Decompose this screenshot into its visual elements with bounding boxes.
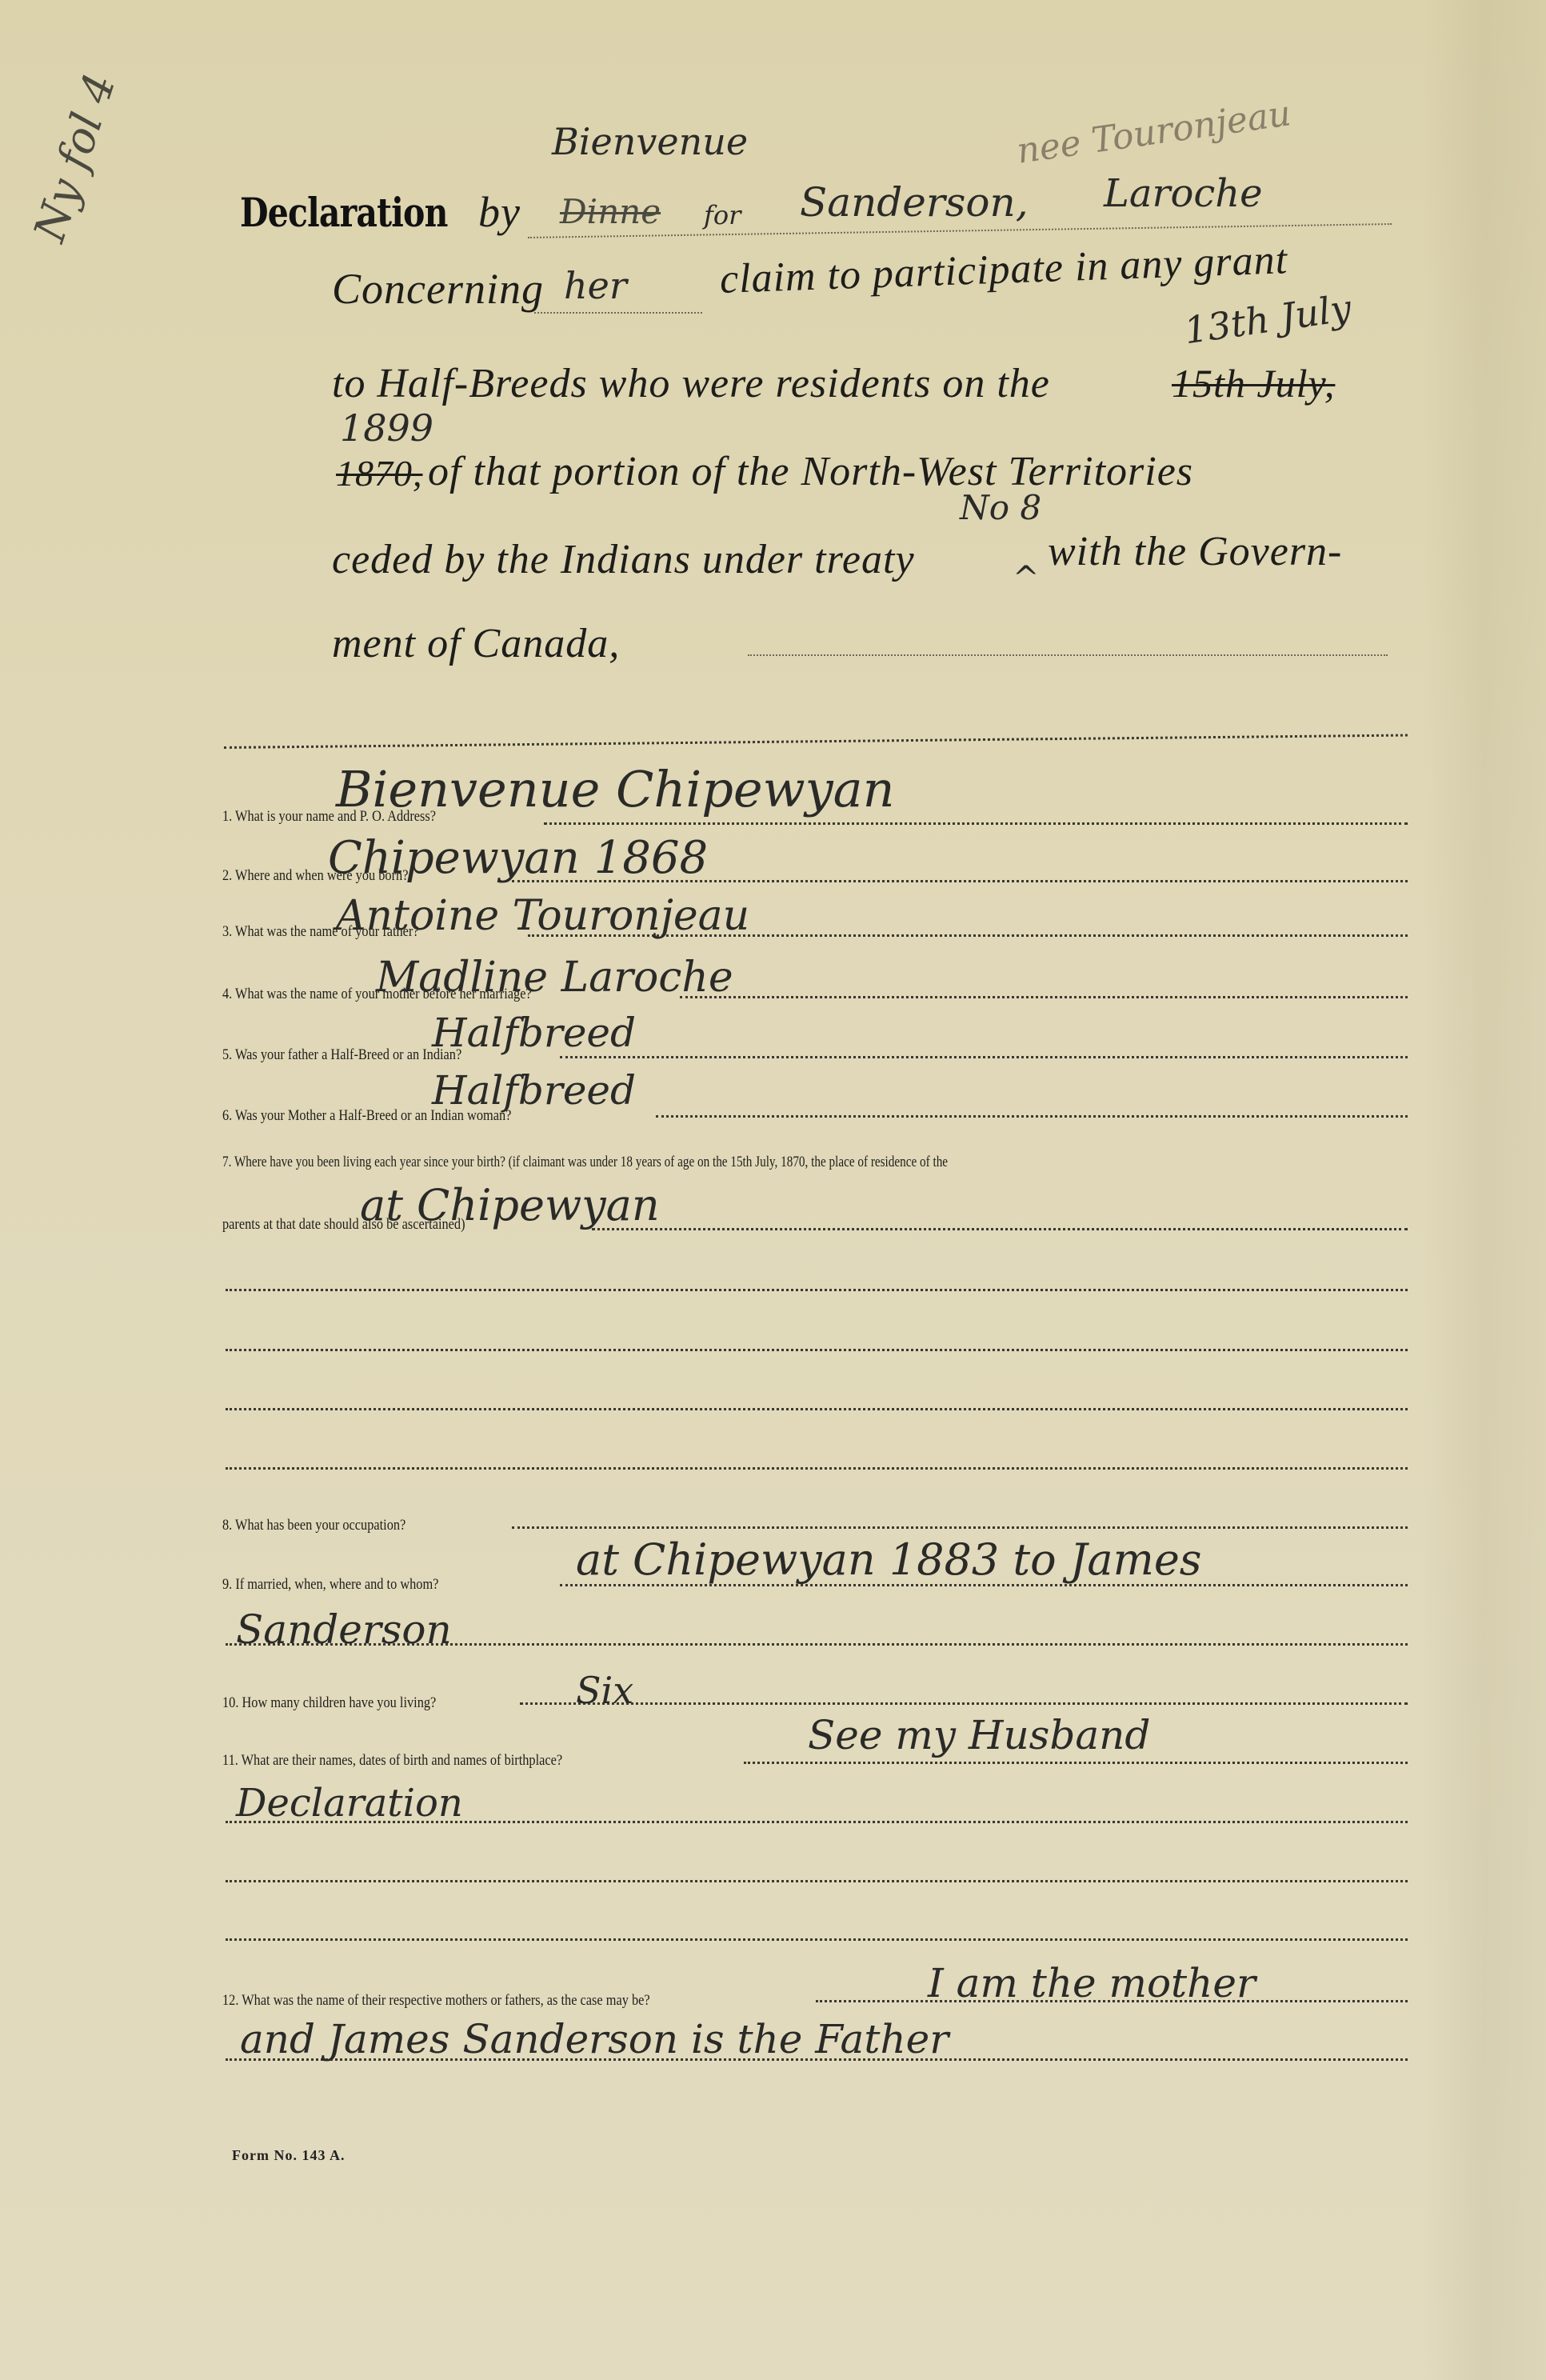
blank-line-7c: [226, 1408, 1408, 1410]
q-number: 2.: [222, 867, 232, 884]
q-label: What are their names, dates of birth and…: [242, 1752, 563, 1769]
margin-note: Ny fol 4: [24, 67, 126, 247]
question-9: 9. If married, when, where and to whom?: [222, 1576, 438, 1594]
preamble-line5: ment of Canada,: [332, 620, 620, 667]
preamble-end-line: [748, 654, 1388, 656]
q-number: 8.: [222, 1517, 232, 1534]
q-number: 3.: [222, 923, 232, 940]
pronoun-blank-line: [534, 312, 702, 314]
answer-7[interactable]: at Chipewyan: [360, 1180, 660, 1230]
blank-line-11d: [226, 1938, 1408, 1941]
answer-11[interactable]: See my Husband: [808, 1712, 1150, 1758]
pronoun-her: her: [564, 264, 627, 307]
name-fragment: for: [704, 200, 741, 230]
answer-12-continuation[interactable]: and James Sanderson is the Father: [240, 2016, 949, 2062]
answer-6[interactable]: Halfbreed: [432, 1067, 636, 1114]
answer-10[interactable]: Six: [576, 1669, 633, 1712]
q-number: 9.: [222, 1576, 232, 1593]
struck-year: 1870,: [336, 452, 423, 494]
inserted-first-name: Bienvenue: [552, 120, 748, 163]
form-number: Form No. 143 A.: [232, 2147, 345, 2164]
answer-12[interactable]: I am the mother: [928, 1960, 1256, 2006]
q-number: 1.: [222, 808, 232, 825]
preamble-line1: claim to participate in any grant: [719, 236, 1288, 303]
q-number: 11.: [222, 1752, 238, 1769]
q-label: What has been your occupation?: [235, 1517, 405, 1534]
maiden-name-written: Laroche: [1104, 171, 1263, 216]
inserted-date: 13th July: [1181, 286, 1354, 353]
answer-5[interactable]: Halfbreed: [432, 1010, 636, 1056]
answer-9-continuation[interactable]: Sanderson: [236, 1606, 452, 1653]
question-11: 11. What are their names, dates of birth…: [222, 1752, 562, 1770]
q-label: What was the name of their respective mo…: [242, 1992, 649, 2009]
struck-date: 15th July,: [1172, 360, 1335, 406]
q-label: If married, when, where and to whom?: [235, 1576, 438, 1593]
question-8: 8. What has been your occupation?: [222, 1517, 405, 1534]
question-7: 7. Where have you been living each year …: [222, 1154, 948, 1171]
q-number: 7.: [222, 1154, 231, 1170]
q-label: Where have you been living each year sin…: [234, 1154, 948, 1170]
preamble-line3: of that portion of the North-West Territ…: [428, 448, 1193, 495]
blank-line-11c: [226, 1880, 1408, 1882]
answer-2[interactable]: Chipewyan 1868: [328, 832, 708, 884]
question-12: 12. What was the name of their respectiv…: [222, 1992, 650, 2010]
insertion-caret: ^: [1013, 560, 1040, 597]
answer-line-10: [520, 1702, 1408, 1705]
blank-line-7b: [226, 1349, 1408, 1351]
q-label: Was your father a Half-Breed or an India…: [235, 1046, 461, 1063]
answer-line-8[interactable]: [512, 1526, 1408, 1529]
preamble-line2: to Half-Breeds who were residents on the: [332, 360, 1050, 407]
preamble-concerning: Concerning: [332, 264, 544, 314]
answer-line-6: [656, 1115, 1408, 1118]
inserted-year: 1899: [340, 406, 433, 450]
answer-11-continuation[interactable]: Declaration: [236, 1781, 463, 1826]
title-by: by: [478, 187, 521, 237]
pencil-note-nee: nee Touronjeau: [1014, 93, 1293, 172]
question-5: 5. Was your father a Half-Breed or an In…: [222, 1046, 461, 1064]
answer-line-7: [592, 1228, 1408, 1230]
answer-9[interactable]: at Chipewyan 1883 to James: [576, 1534, 1202, 1585]
q-number: 4.: [222, 986, 232, 1002]
preamble-line4: ceded by the Indians under treaty: [332, 536, 915, 583]
q-number: 6.: [222, 1107, 232, 1124]
question-10: 10. How many children have you living?: [222, 1694, 436, 1712]
surname-written: Sanderson,: [800, 179, 1029, 226]
preamble-line4b: with the Govern-: [1048, 528, 1342, 575]
answer-4[interactable]: Madline Laroche: [376, 954, 733, 1002]
answer-line-11: [744, 1762, 1408, 1764]
blank-line-7a: [226, 1289, 1408, 1291]
blank-line-7d: [226, 1467, 1408, 1470]
answer-3[interactable]: Antoine Touronjeau: [336, 892, 749, 940]
answer-1[interactable]: Bienvenue Chipewyan: [336, 760, 895, 818]
answer-line-1: [544, 822, 1408, 825]
q-label: How many children have you living?: [242, 1694, 437, 1711]
struck-first-name: Dinne: [560, 192, 661, 231]
q-number: 12.: [222, 1992, 238, 2009]
answer-line-5: [560, 1056, 1408, 1058]
section-separator: [224, 734, 1408, 749]
answer-line-4: [680, 996, 1408, 998]
form-title: Declaration: [240, 189, 448, 236]
inserted-treaty-number: No 8: [960, 488, 1041, 527]
q-number: 10.: [222, 1694, 238, 1711]
q-number: 5.: [222, 1046, 232, 1063]
